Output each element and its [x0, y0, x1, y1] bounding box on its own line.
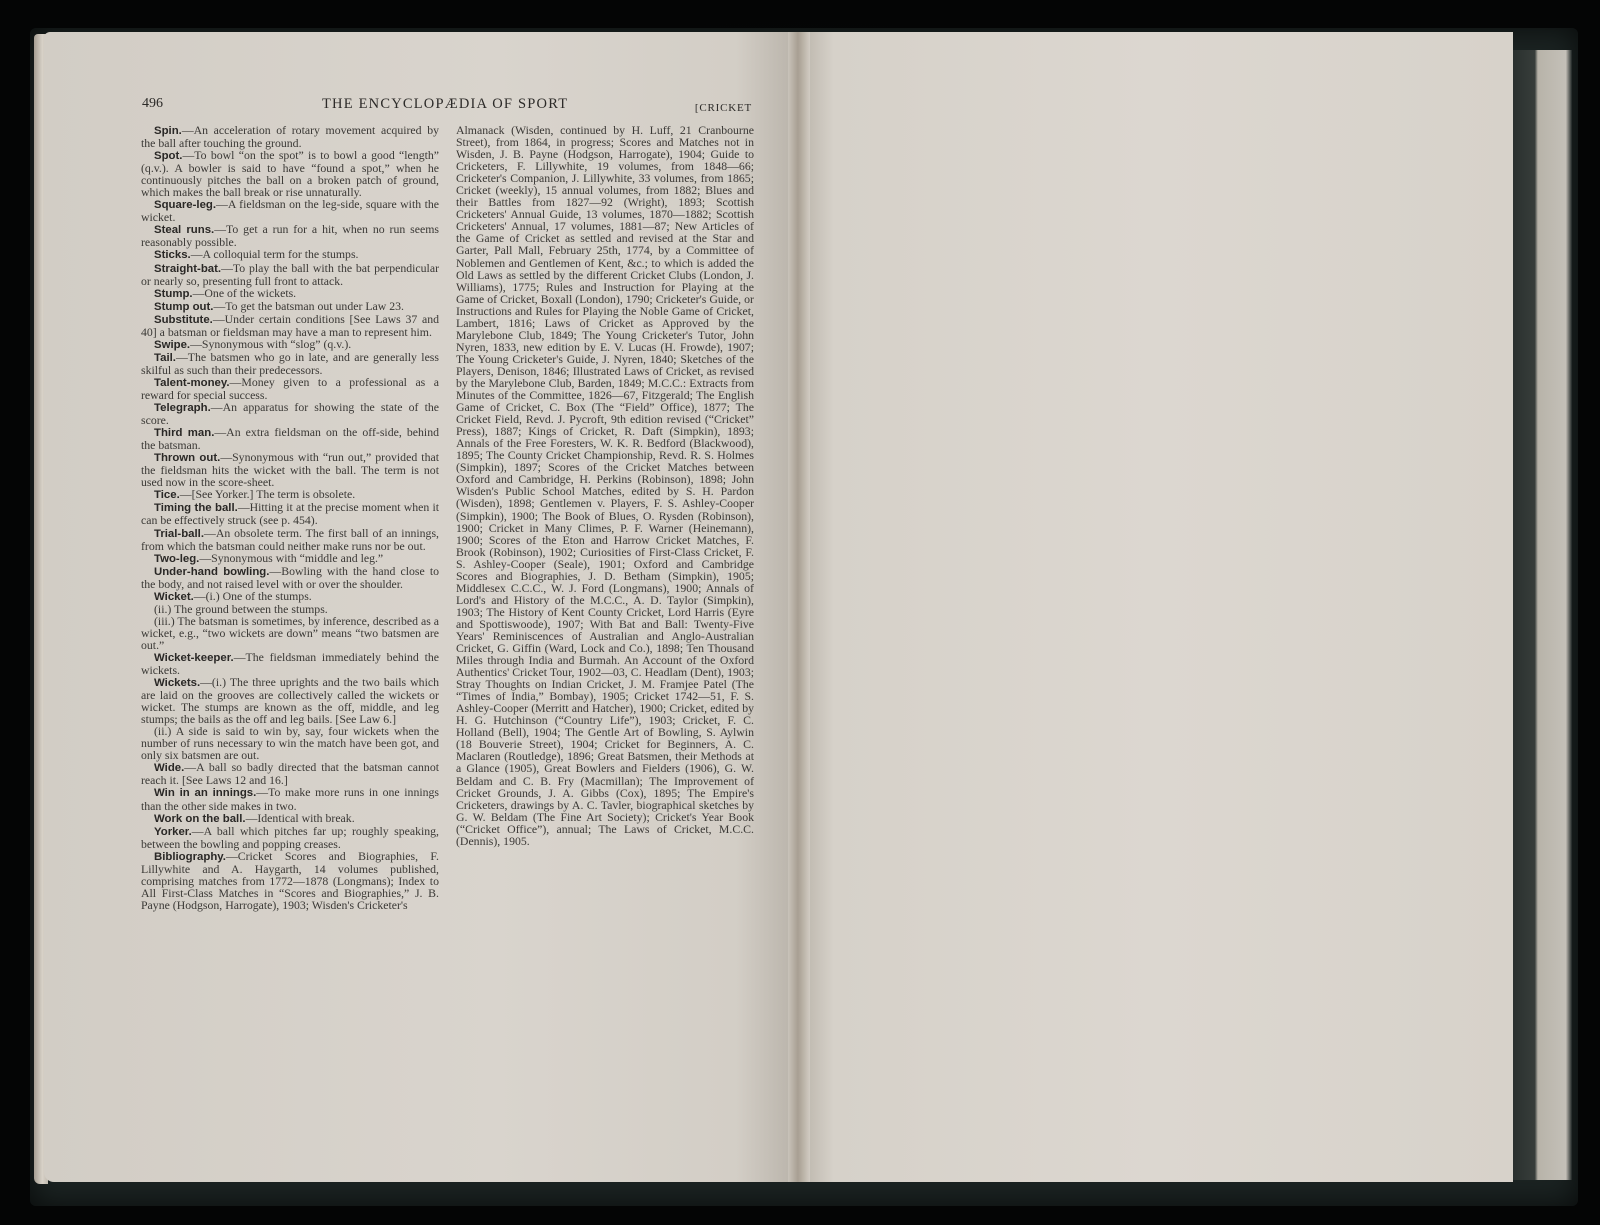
- right-page-stack-edge: [1510, 50, 1572, 1180]
- page-number: 496: [142, 96, 163, 112]
- glossary-entry: Wickets.—(i.) The three uprights and the…: [141, 676, 439, 725]
- glossary-definition: —Identical with break.: [246, 811, 355, 825]
- book-title: THE ENCYCLOPÆDIA OF SPORT: [322, 96, 568, 113]
- running-head: 496 THE ENCYCLOPÆDIA OF SPORT [CRICKET: [140, 96, 752, 116]
- glossary-entry: (ii.) A side is said to win by, say, fou…: [141, 725, 439, 761]
- glossary-entry: Spin.—An acceleration of rotary movement…: [141, 124, 439, 149]
- glossary-definition: —Synonymous with “slog” (q.v.).: [190, 337, 351, 351]
- glossary-entry: Third man.—An extra fieldsman on the off…: [141, 426, 439, 451]
- glossary-entry: Square-leg.—A fieldsman on the leg-side,…: [141, 198, 439, 223]
- glossary-entry: Straight-bat.—To play the ball with the …: [141, 262, 439, 287]
- glossary-term: Stump out.: [154, 301, 213, 313]
- glossary-entry: Wicket-keeper.—The fieldsman immediately…: [141, 651, 439, 676]
- glossary-entry: Telegraph.—An apparatus for showing the …: [141, 401, 439, 426]
- bibliography-column: Almanack (Wisden, continued by H. Luff, …: [456, 124, 754, 847]
- glossary-definition: —A ball so badly directed that the batsm…: [141, 760, 439, 787]
- glossary-entry: Spot.—To bowl “on the spot” is to bowl a…: [141, 149, 439, 198]
- glossary-entry: Win in an innings.—To make more runs in …: [141, 786, 439, 811]
- glossary-column: Spin.—An acceleration of rotary movement…: [141, 124, 439, 911]
- glossary-definition: —To get the batsman out under Law 23.: [213, 299, 404, 313]
- glossary-entry: Timing the ball.—Hitting it at the preci…: [141, 501, 439, 526]
- glossary-definition: —One of the wickets.: [193, 286, 297, 300]
- glossary-entry: Trial-ball.—An obsolete term. The first …: [141, 527, 439, 552]
- glossary-definition: —Synonymous with “middle and leg.”: [199, 551, 383, 565]
- glossary-entry: Substitute.—Under certain conditions [Se…: [141, 313, 439, 338]
- glossary-term: Tice.: [154, 489, 180, 501]
- glossary-term: Two-leg.: [154, 553, 199, 565]
- glossary-entry: Yorker.—A ball which pitches far up; rou…: [141, 825, 439, 850]
- glossary-entry: Talent-money.—Money given to a professio…: [141, 376, 439, 401]
- glossary-term: Sticks.: [154, 249, 191, 261]
- glossary-entry: Bibliography.—Cricket Scores and Biograp…: [141, 850, 439, 911]
- section-label: [CRICKET: [695, 102, 752, 114]
- glossary-definition: (ii.) A side is said to win by, say, fou…: [141, 724, 439, 762]
- glossary-definition: —To bowl “on the spot” is to bowl a good…: [141, 148, 439, 199]
- glossary-term: Stump.: [154, 288, 193, 300]
- glossary-entry: Tail.—The batsmen who go in late, and ar…: [141, 351, 439, 376]
- glossary-definition: —A colloquial term for the stumps.: [191, 247, 359, 261]
- glossary-entry: Steal runs.—To get a run for a hit, when…: [141, 223, 439, 248]
- bibliography-continued: Almanack (Wisden, continued by H. Luff, …: [456, 124, 754, 847]
- glossary-entry: Thrown out.—Synonymous with “run out,” p…: [141, 451, 439, 488]
- glossary-entry: Wide.—A ball so badly directed that the …: [141, 761, 439, 786]
- glossary-definition: —The batsmen who go in late, and are gen…: [141, 350, 439, 377]
- book-gutter: [788, 32, 810, 1182]
- glossary-definition: —An acceleration of rotary movement acqu…: [141, 123, 439, 150]
- right-page-blank: [798, 32, 1513, 1182]
- glossary-definition: (iii.) The batsman is sometimes, by infe…: [141, 614, 439, 652]
- glossary-definition: —(i.) One of the stumps.: [194, 589, 312, 603]
- glossary-definition: —[See Yorker.] The term is obsolete.: [180, 487, 355, 501]
- glossary-entry: Under-hand bowling.—Bowling with the han…: [141, 565, 439, 590]
- glossary-entry: (iii.) The batsman is sometimes, by infe…: [141, 615, 439, 651]
